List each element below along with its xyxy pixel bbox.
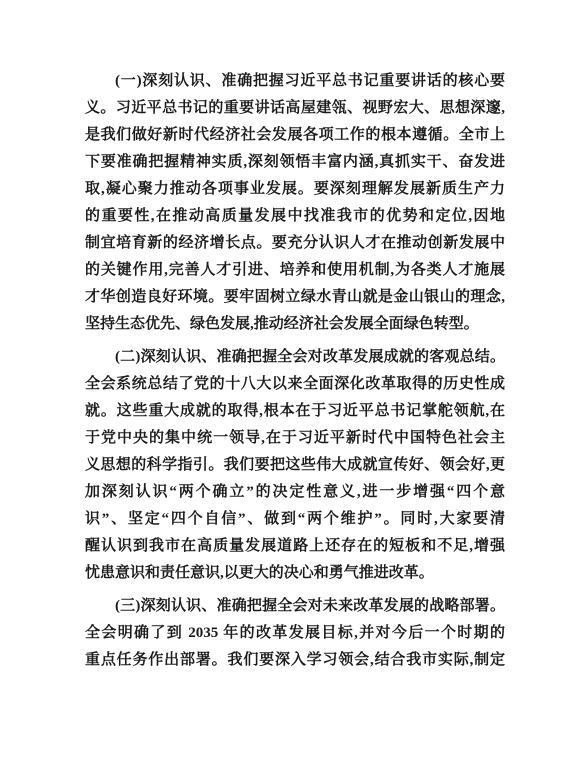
text-line: 加深刻认识“两个确立”的决定性意义,进一步增强“四个意 [85,479,505,506]
text-line: 识”、坚定“四个自信”、做到“两个维护”。同时,大家要清 [85,506,505,533]
text-line: 才华创造良好环境。要牢固树立绿水青山就是金山银山的理念, [85,284,505,311]
text-line: (一)深刻认识、准确把握习近平总书记重要讲话的核心要 [85,68,505,95]
text-line: 制宜培育新的经济增长点。要充分认识人才在推动创新发展中 [85,230,505,257]
text-line: 重点任务作出部署。我们要深入学习领会,结合我市实际,制定 [85,647,505,674]
text-line: (三)深刻认识、准确把握全会对未来改革发展的战略部署。 [85,593,505,620]
text-line: 的关键作用,完善人才引进、培养和使用机制,为各类人才施展 [85,257,505,284]
text-line: 下要准确把握精神实质,深刻领悟丰富内涵,真抓实干、奋发进 [85,149,505,176]
paragraph-3: (三)深刻认识、准确把握全会对未来改革发展的战略部署。 全会明确了到 2035 … [85,593,505,674]
text-line: 醒认识到我市在高质量发展道路上还存在的短板和不足,增强 [85,533,505,560]
document-body: (一)深刻认识、准确把握习近平总书记重要讲话的核心要 义。习近平总书记的重要讲话… [85,68,505,674]
text-line: 是我们做好新时代经济社会发展各项工作的根本遵循。全市上 [85,122,505,149]
paragraph-2: (二)深刻认识、准确把握全会对改革发展成就的客观总结。 全会系统总结了党的十八大… [85,344,505,587]
text-line: 忧患意识和责任意识,以更大的决心和勇气推进改革。 [85,560,505,587]
text-line: 就。这些重大成就的取得,根本在于习近平总书记掌舵领航,在 [85,398,505,425]
text-line: 义。习近平总书记的重要讲话高屋建瓴、视野宏大、思想深邃, [85,95,505,122]
text-line: 的重要性,在推动高质量发展中找准我市的优势和定位,因地 [85,203,505,230]
text-line: (二)深刻认识、准确把握全会对改革发展成就的客观总结。 [85,344,505,371]
text-line: 全会系统总结了党的十八大以来全面深化改革取得的历史性成 [85,371,505,398]
text-line: 义思想的科学指引。我们要把这些伟大成就宣传好、领会好,更 [85,452,505,479]
text-line: 取,凝心聚力推动各项事业发展。要深刻理解发展新质生产力 [85,176,505,203]
text-line: 坚持生态优先、绿色发展,推动经济社会发展全面绿色转型。 [85,311,505,338]
text-line: 全会明确了到 2035 年的改革发展目标,并对今后一个时期的 [85,620,505,647]
paragraph-1: (一)深刻认识、准确把握习近平总书记重要讲话的核心要 义。习近平总书记的重要讲话… [85,68,505,338]
text-line: 于党中央的集中统一领导,在于习近平新时代中国特色社会主 [85,425,505,452]
